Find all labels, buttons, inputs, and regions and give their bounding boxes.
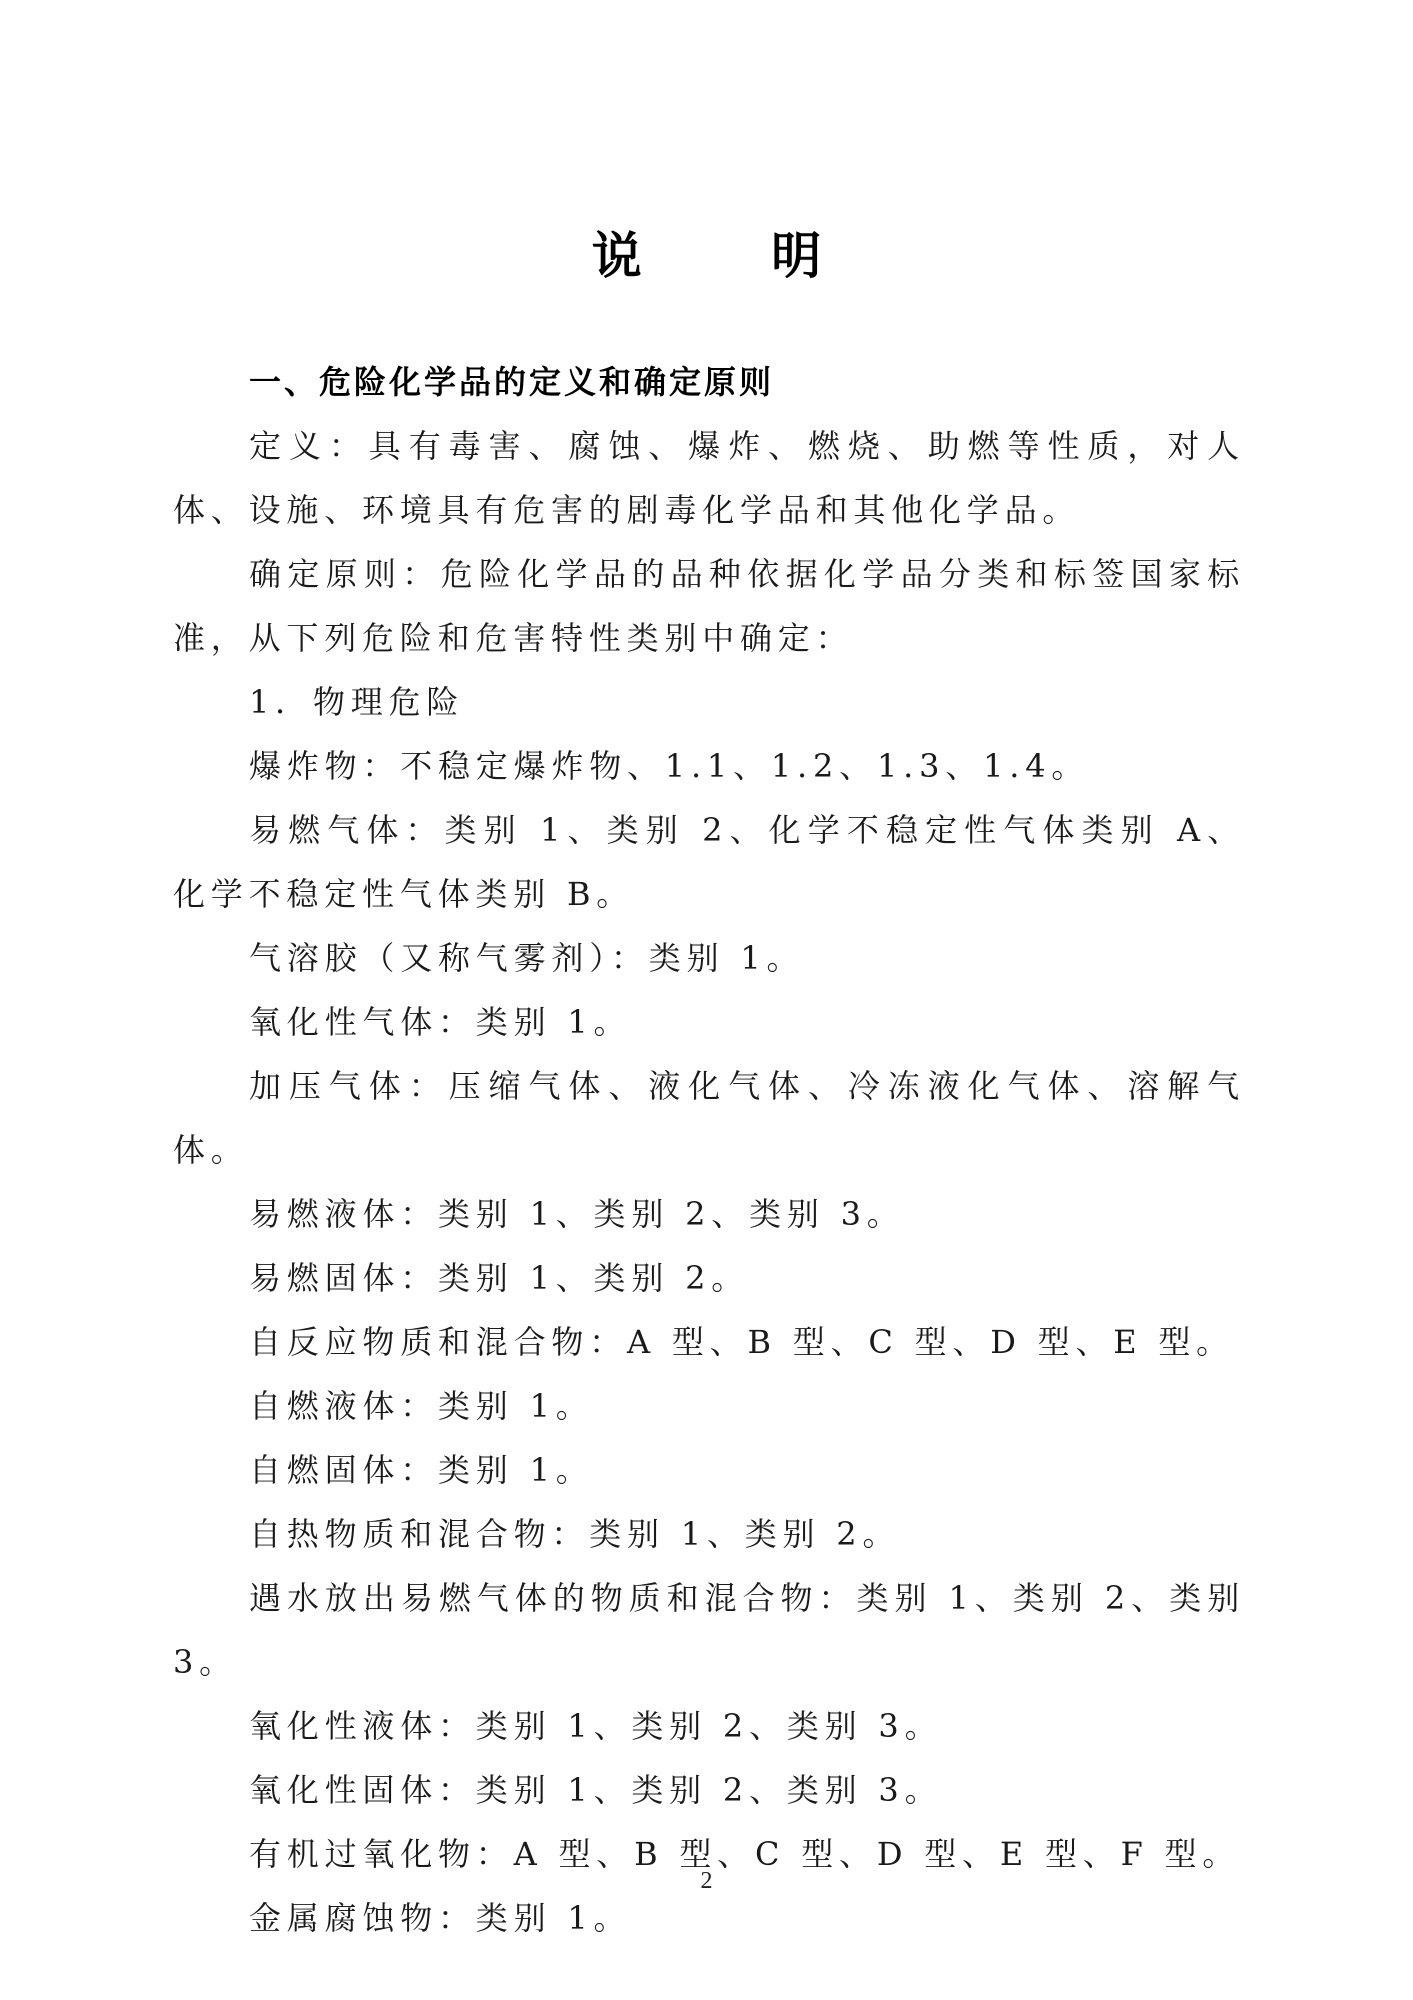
hazard-item: 氧化性气体：类别 1。 — [173, 990, 1245, 1054]
hazard-item: 易燃液体：类别 1、类别 2、类别 3。 — [173, 1182, 1245, 1246]
hazard-item: 易燃固体：类别 1、类别 2。 — [173, 1246, 1245, 1310]
hazard-item: 遇水放出易燃气体的物质和混合物：类别 1、类别 2、类别 3。 — [173, 1566, 1245, 1694]
hazard-item: 氧化性液体：类别 1、类别 2、类别 3。 — [173, 1694, 1245, 1758]
document-body: 一、危险化学品的定义和确定原则 定义：具有毒害、腐蚀、爆炸、燃烧、助燃等性质，对… — [173, 350, 1245, 1950]
hazard-item: 爆炸物：不稳定爆炸物、1.1、1.2、1.3、1.4。 — [173, 734, 1245, 798]
hazard-item: 自燃液体：类别 1。 — [173, 1374, 1245, 1438]
page-number: 2 — [0, 1866, 1413, 1896]
hazard-item: 易燃气体：类别 1、类别 2、化学不稳定性气体类别 A、化学不稳定性气体类别 B… — [173, 798, 1245, 926]
section-heading: 一、危险化学品的定义和确定原则 — [173, 350, 1245, 414]
principle-paragraph: 确定原则：危险化学品的品种依据化学品分类和标签国家标准，从下列危险和危害特性类别… — [173, 542, 1245, 670]
hazard-item: 自反应物质和混合物：A 型、B 型、C 型、D 型、E 型。 — [173, 1310, 1245, 1374]
hazard-item: 自燃固体：类别 1。 — [173, 1438, 1245, 1502]
definition-paragraph: 定义：具有毒害、腐蚀、爆炸、燃烧、助燃等性质，对人体、设施、环境具有危害的剧毒化… — [173, 414, 1245, 542]
document-page: 说 明 一、危险化学品的定义和确定原则 定义：具有毒害、腐蚀、爆炸、燃烧、助燃等… — [0, 0, 1413, 2000]
hazard-item: 加压气体：压缩气体、液化气体、冷冻液化气体、溶解气体。 — [173, 1054, 1245, 1182]
hazard-item: 自热物质和混合物：类别 1、类别 2。 — [173, 1502, 1245, 1566]
page-title: 说 明 — [0, 226, 1413, 286]
hazard-item: 气溶胶（又称气雾剂）：类别 1。 — [173, 926, 1245, 990]
subsection-heading: 1．物理危险 — [173, 670, 1245, 734]
hazard-item: 氧化性固体：类别 1、类别 2、类别 3。 — [173, 1758, 1245, 1822]
